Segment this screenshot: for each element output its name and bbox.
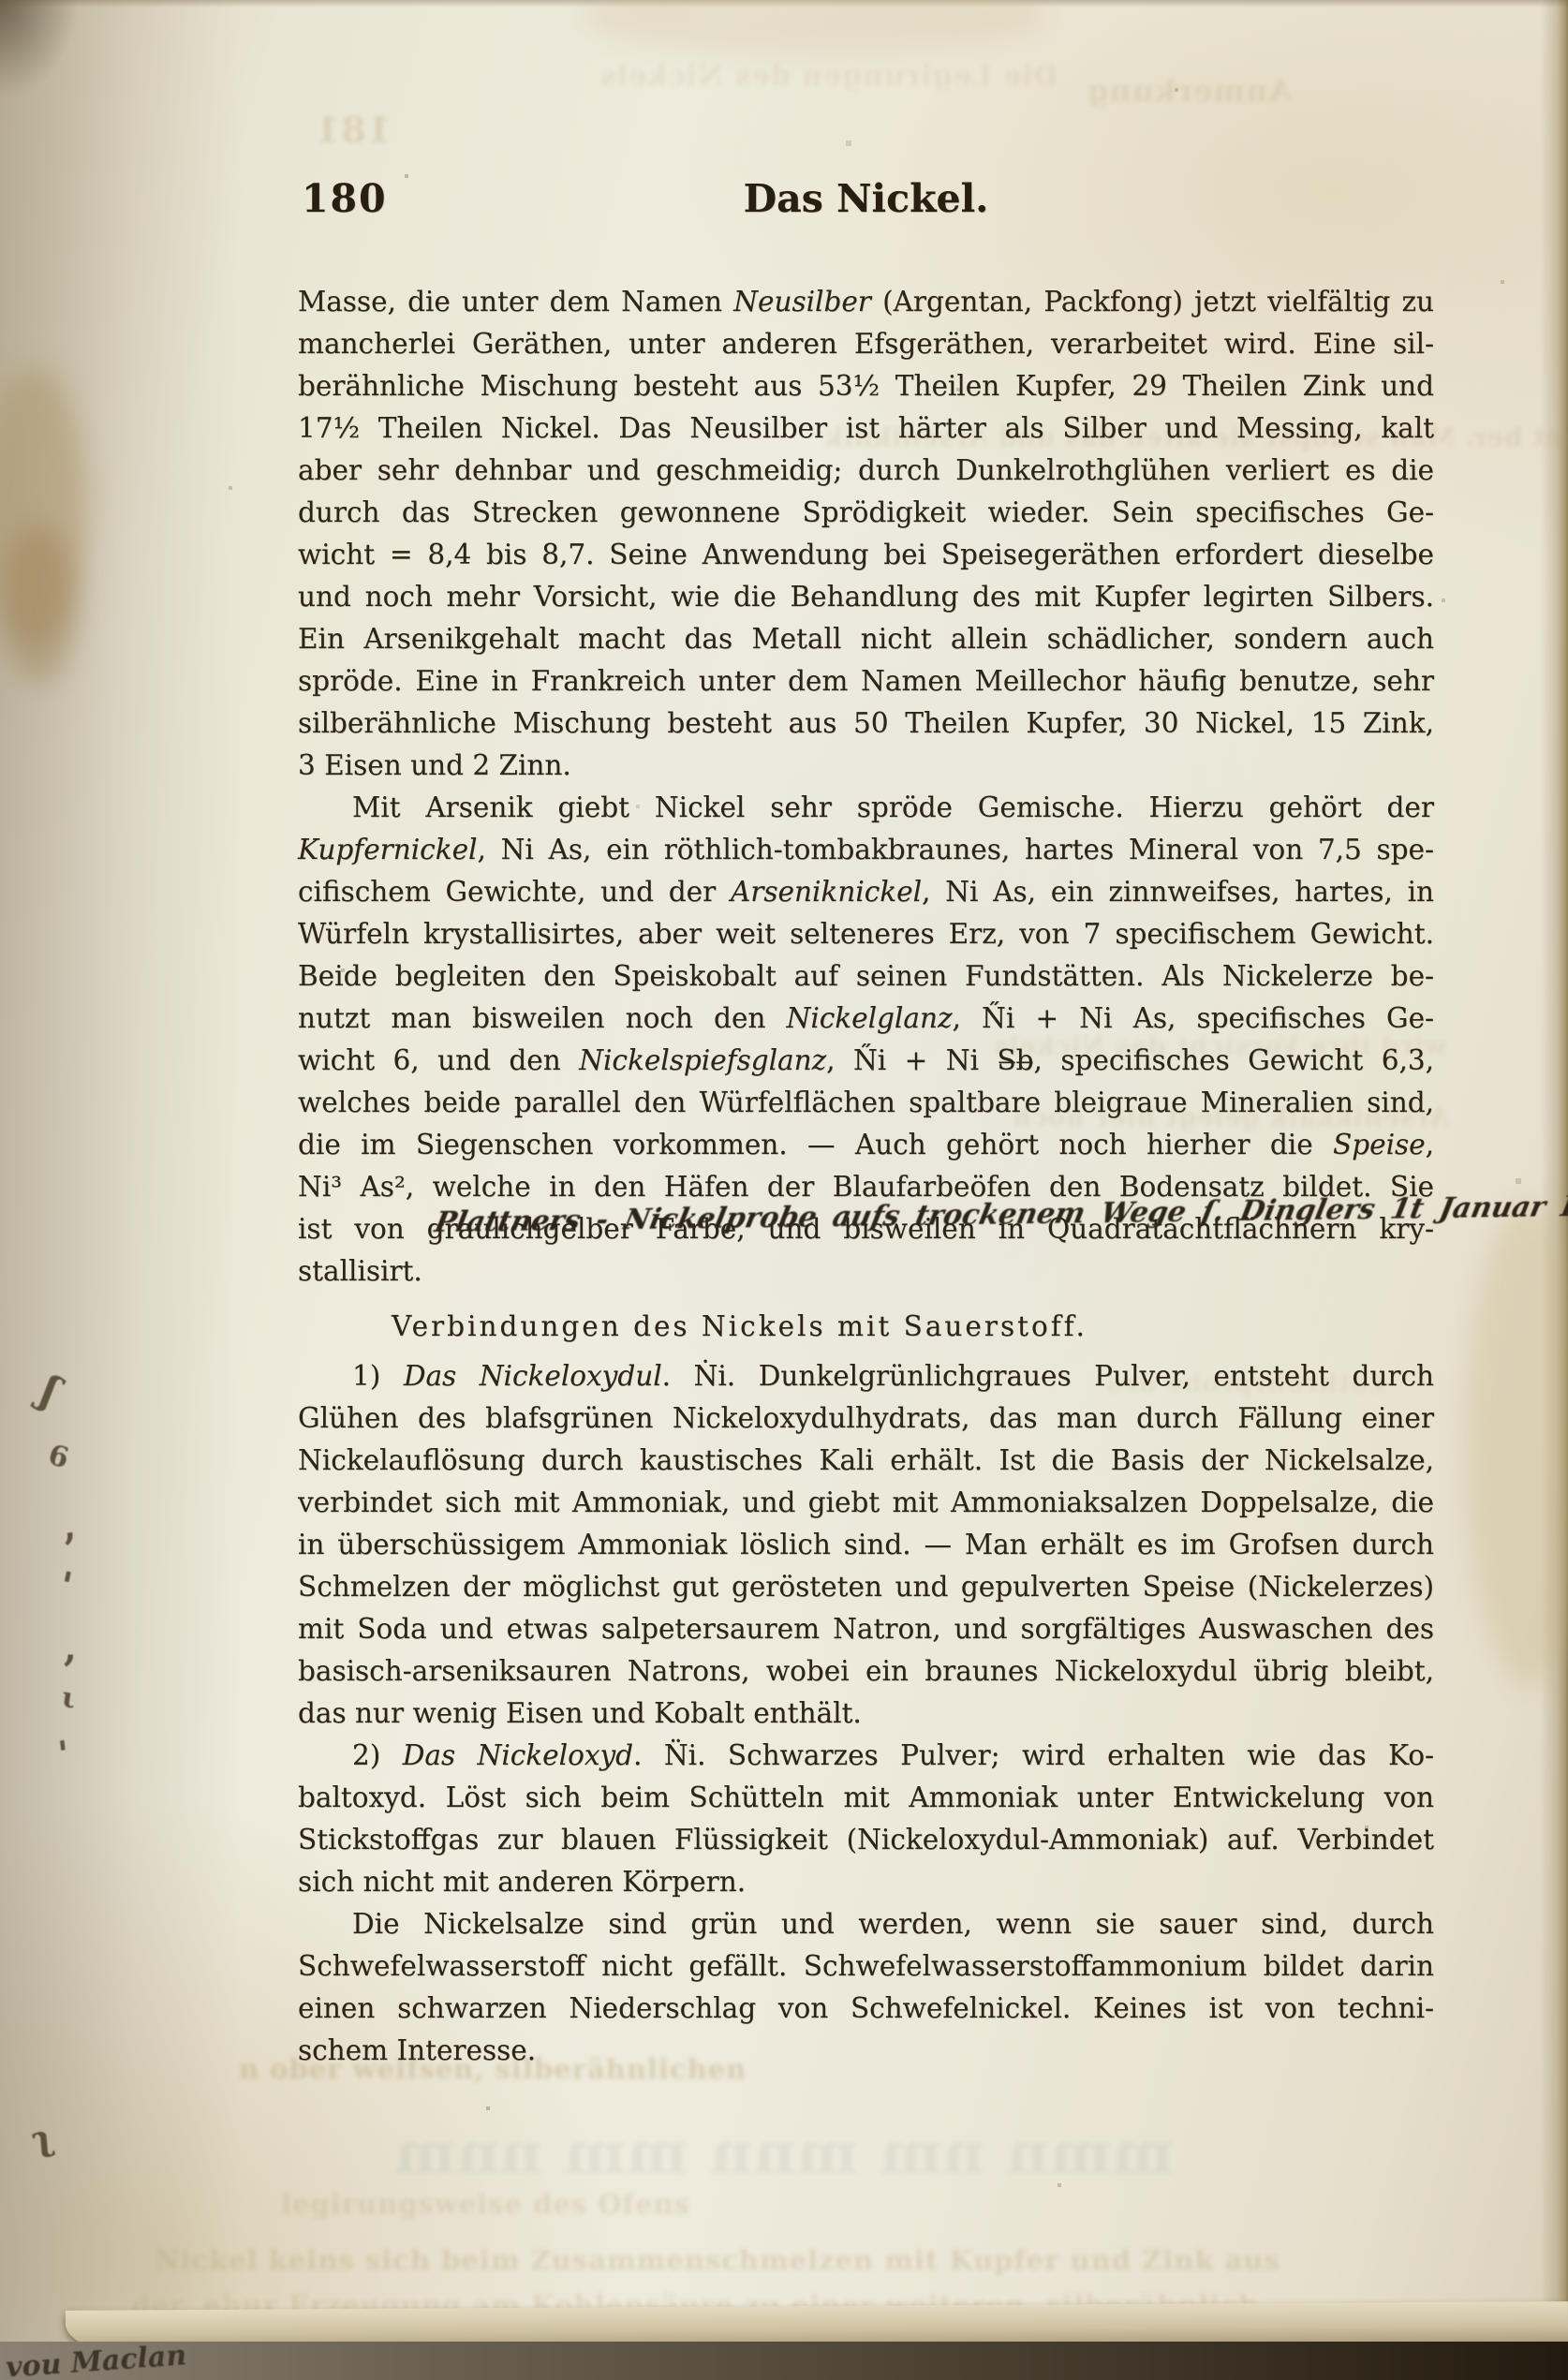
text-line: Nickelauflösung durch kaustisches Kali e… [298, 1440, 1434, 1482]
show-through-text: 181 [315, 109, 392, 151]
top-left-corner-shadow [0, 0, 103, 131]
paragraph: 2) Das Nickeloxyd. N̈i. Schwarzes Pulver… [298, 1735, 1434, 1903]
text-line: schem Interesse. [298, 2030, 1434, 2072]
paragraph: 1) Das Nickeloxydul. Ṅi. Dunkelgrünlichg… [298, 1355, 1434, 1735]
text-line: wicht = 8,4 bis 8,7. Seine Anwendung bei… [298, 534, 1434, 576]
text-line: Schmelzen der möglichst gut gerösteten u… [298, 1566, 1434, 1608]
text-line: berähnliche Mischung besteht aus 53½ The… [298, 365, 1434, 407]
text-line: nutzt man bisweilen noch den Nickelglanz… [298, 998, 1434, 1040]
text-line: einen schwarzen Niederschlag von Schwefe… [298, 1988, 1434, 2030]
section-heading: Verbindungen des Nickels mit Sauerstoff. [392, 1306, 1434, 1348]
text-line: 2) Das Nickeloxyd. N̈i. Schwarzes Pulver… [298, 1735, 1434, 1777]
text-line: Würfeln krystallisirtes, aber weit selte… [298, 913, 1434, 955]
text-line: und noch mehr Vorsicht, wie die Behandlu… [298, 576, 1434, 618]
text-line: welches beide parallel den Würfelflächen… [298, 1082, 1434, 1124]
gutter-ink-mark: , [64, 1626, 77, 1670]
show-through-text: Nickel keins sich beim Zusammenschmelzen… [155, 2244, 1280, 2276]
text-line: 1) Das Nickeloxydul. Ṅi. Dunkelgrünlichg… [298, 1355, 1434, 1397]
text-line: stallisirt. [298, 1250, 1434, 1293]
body-text: Masse, die unter dem Namen Neusilber (Ar… [298, 281, 1434, 2072]
paragraph: Die Nickelsalze sind grün und werden, we… [298, 1903, 1434, 2072]
text-line: 3 Eisen und 2 Zinn. [298, 745, 1434, 787]
show-through-text: Anmerkung [1087, 73, 1292, 109]
text-line: in überschüssigem Ammoniak löslich sind.… [298, 1524, 1434, 1566]
text-line: Mit Arsenik giebt Nickel sehr spröde Gem… [298, 787, 1434, 829]
text-line: mancherlei Geräthen, unter anderen Efsge… [298, 323, 1434, 365]
running-title: Das Nickel. [298, 176, 1434, 221]
text-line: silberähnliche Mischung besteht aus 50 T… [298, 702, 1434, 745]
text-line: cifischem Gewichte, und der Arseniknicke… [298, 871, 1434, 913]
text-line: verbindet sich mit Ammoniak, und giebt m… [298, 1482, 1434, 1524]
book-page-scan: Die Legirungen des Nickels181Anmerkunggä… [0, 0, 1568, 2380]
text-line: Ein Arsenikgehalt macht das Metall nicht… [298, 618, 1434, 660]
show-through-text: Die Legirungen des Nickels [599, 60, 1058, 93]
paper-stain [581, 0, 1049, 56]
text-line: Die Nickelsalze sind grün und werden, we… [298, 1903, 1434, 1945]
text-line: Kupfernickel, Ni As, ein röthlich-tombak… [298, 829, 1434, 871]
text-line: 17½ Theilen Nickel. Das Neusilber ist hä… [298, 407, 1434, 450]
text-line: aber sehr dehnbar und geschmeidig; durch… [298, 450, 1434, 492]
text-line: wicht 6, und den Nickelspiefsglanz, N̋i … [298, 1040, 1434, 1082]
text-line: Masse, die unter dem Namen Neusilber (Ar… [298, 281, 1434, 323]
text-line: Stickstoffgas zur blauen Flüssigkeit (Ni… [298, 1819, 1434, 1861]
text-line: basisch-arseniksauren Natrons, wobei ein… [298, 1650, 1434, 1693]
text-line: spröde. Eine in Frankreich unter dem Nam… [298, 660, 1434, 702]
text-line: durch das Strecken gewonnene Sprödigkeit… [298, 492, 1434, 534]
paper-stain [2, 525, 77, 684]
text-line: das nur wenig Eisen und Kobalt enthält. [298, 1693, 1434, 1735]
scan-bottom-band [0, 2342, 1568, 2380]
text-line: mit Soda und etwas salpetersaurem Natron… [298, 1608, 1434, 1650]
show-through-text: legirungsweise des Ofens [281, 2188, 690, 2220]
text-line: Schwefelwasserstoff nicht gefällt. Schwe… [298, 1945, 1434, 1988]
show-through-text: mmn nm mnn mm nnm [393, 2119, 1174, 2187]
paragraph: Masse, die unter dem Namen Neusilber (Ar… [298, 281, 1434, 787]
text-line: Glühen des blafsgrünen Nickeloxydulhydra… [298, 1397, 1434, 1440]
text-line: sich nicht mit anderen Körpern. [298, 1861, 1434, 1903]
text-line: Beide begleiten den Speiskobalt auf sein… [298, 955, 1434, 998]
book-gutter-page-edges [0, 0, 142, 2380]
text-line: baltoxyd. Löst sich beim Schütteln mit A… [298, 1777, 1434, 1819]
paper-specks [0, 0, 2, 2]
text-line: die im Siegenschen vorkommen. — Auch geh… [298, 1124, 1434, 1166]
